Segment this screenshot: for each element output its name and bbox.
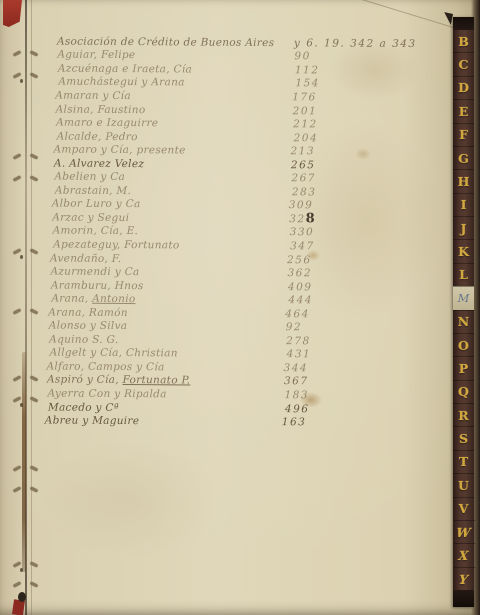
tab-letter-B[interactable]: B bbox=[453, 30, 474, 52]
entry-name: Arana, Antonio bbox=[51, 293, 288, 307]
tab-letter-P[interactable]: P bbox=[453, 356, 474, 379]
tab-letter-I[interactable]: I bbox=[453, 193, 474, 216]
tab-letter-K[interactable]: K bbox=[453, 239, 474, 262]
binding-stitch bbox=[13, 486, 21, 492]
tab-letter-N[interactable]: N bbox=[453, 310, 474, 333]
binding-stitch bbox=[13, 465, 21, 471]
tab-letter-U[interactable]: U bbox=[453, 473, 474, 496]
tab-letter-F[interactable]: F bbox=[453, 123, 474, 146]
entry-page-number: 309 bbox=[289, 200, 314, 212]
entry-name: Apezateguy, Fortunato bbox=[53, 239, 290, 253]
entry-page-number: 213 bbox=[290, 145, 315, 157]
entry-name: Aguiar, Felipe bbox=[57, 49, 294, 63]
entry-page-number: 344 bbox=[283, 362, 308, 374]
binding-gutter bbox=[0, 0, 42, 615]
binding-stitch bbox=[13, 175, 21, 181]
entry-page-number: 163 bbox=[282, 416, 307, 428]
entry-page-number: 496 bbox=[285, 403, 310, 415]
entry-page-number: 464 bbox=[285, 308, 310, 320]
tab-letter-E[interactable]: E bbox=[453, 99, 474, 122]
tab-letter-X[interactable]: X bbox=[452, 543, 475, 566]
entry-name: Aquino S. G. bbox=[49, 333, 286, 347]
tab-letter-S[interactable]: S bbox=[453, 426, 474, 449]
binding-ink-blot bbox=[18, 592, 26, 602]
entry-page-number: 201 bbox=[293, 105, 318, 117]
torn-corner bbox=[442, 12, 453, 25]
entry-name: Arana, Ramón bbox=[48, 306, 285, 320]
binding-stitch bbox=[13, 153, 21, 159]
tab-letter-M[interactable]: M bbox=[453, 286, 474, 309]
tab-letter-D[interactable]: D bbox=[453, 76, 474, 99]
entry-name: Alsina, Faustino bbox=[56, 103, 293, 117]
stitch-hole bbox=[20, 568, 23, 572]
tab-strip-bottom-cap bbox=[453, 590, 474, 607]
entry-page-number: 328 bbox=[289, 212, 316, 227]
gutter-glue-stain bbox=[22, 352, 26, 572]
entry-page-number: 431 bbox=[287, 349, 312, 361]
paper-stain bbox=[40, 440, 220, 560]
entry-page-number: 90 bbox=[294, 51, 310, 63]
entry-name: Amorin, Cía, E. bbox=[53, 225, 290, 239]
entry-name-underlined: Fortunato P. bbox=[122, 374, 190, 386]
stitch-hole bbox=[20, 255, 23, 259]
entry-name: Arzac y Segui bbox=[52, 211, 289, 225]
entry-page-number: 267 bbox=[291, 172, 316, 184]
entry-page-number: 212 bbox=[293, 118, 318, 130]
entry-name: Albor Luro y Ca bbox=[52, 198, 289, 212]
entry-page-number: 256 bbox=[287, 254, 312, 266]
entry-name-underlined: Antonio bbox=[92, 293, 136, 305]
tab-letter-Y[interactable]: Y bbox=[452, 567, 475, 590]
entry-page-number: 183 bbox=[284, 389, 309, 401]
gutter-crease bbox=[31, 0, 32, 615]
entry-name: Amparo y Cía, presente bbox=[53, 144, 290, 158]
entry-page-number: 367 bbox=[284, 376, 309, 388]
entry-name: Macedo y Cª bbox=[48, 401, 285, 415]
tab-strip-top-cap bbox=[453, 17, 474, 30]
overwritten-digit: 8 bbox=[306, 212, 317, 227]
tab-letter-Q[interactable]: Q bbox=[453, 380, 474, 403]
entry-name: Ayerra Con y Ripalda bbox=[47, 387, 284, 401]
entry-name: Amuchástegui y Arana bbox=[58, 76, 295, 90]
entry-page-number: 176 bbox=[292, 91, 317, 103]
tab-letter-R[interactable]: R bbox=[453, 403, 474, 426]
entry-page-number: y 6. 19. 342 a 343 bbox=[294, 37, 417, 50]
binding-stitch bbox=[13, 72, 21, 78]
index-entry-list: Asociación de Crédito de Buenos Airesy 6… bbox=[54, 35, 407, 430]
tab-letter-C[interactable]: C bbox=[453, 52, 474, 75]
binding-stitch bbox=[13, 561, 21, 567]
entry-page-number: 204 bbox=[294, 132, 319, 144]
entry-name: Azcuénaga e Iraeta, Cía bbox=[58, 62, 295, 76]
index-entry: Abreu y Maguire163 bbox=[45, 414, 405, 430]
binding-stitch bbox=[13, 308, 21, 314]
entry-name: Allgelt y Cía, Christian bbox=[50, 347, 287, 361]
binding-stitch bbox=[13, 50, 21, 56]
red-binding-mark-top bbox=[3, 0, 22, 27]
tab-letter-H[interactable]: H bbox=[453, 169, 474, 192]
entry-name: Amaran y Cía bbox=[55, 89, 292, 103]
entry-page-number: 112 bbox=[295, 64, 320, 76]
entry-name: Asociación de Crédito de Buenos Aires bbox=[57, 35, 294, 49]
entry-name: Amaro e Izaguirre bbox=[56, 117, 293, 131]
tab-letter-L[interactable]: L bbox=[453, 263, 474, 286]
tab-letter-G[interactable]: G bbox=[453, 146, 474, 169]
entry-name: Alcalde, Pedro bbox=[57, 130, 294, 144]
tab-letter-O[interactable]: O bbox=[453, 333, 474, 356]
entry-name: Azurmendi y Ca bbox=[50, 266, 287, 280]
stitch-hole bbox=[20, 79, 23, 83]
entry-page-number: 265 bbox=[291, 159, 316, 171]
tab-letter-W[interactable]: W bbox=[452, 520, 475, 543]
entry-page-number: 154 bbox=[295, 78, 320, 90]
entry-page-number: 330 bbox=[290, 227, 315, 239]
binding-stitch bbox=[13, 581, 21, 587]
entry-name: Abreu y Maguire bbox=[45, 415, 282, 429]
tab-letter-T[interactable]: T bbox=[453, 450, 474, 473]
entry-name: Aspiró y Cía, Fortunato P. bbox=[47, 374, 284, 388]
entry-page-number: 347 bbox=[290, 240, 315, 252]
entry-name: A. Alvarez Velez bbox=[54, 157, 291, 171]
entry-page-number: 362 bbox=[287, 267, 312, 279]
entry-page-number: 409 bbox=[288, 281, 313, 293]
entry-name: Avendaño, F. bbox=[50, 252, 287, 266]
entry-name: Abelien y Ca bbox=[54, 171, 291, 185]
entry-page-number: 92 bbox=[286, 321, 302, 333]
binding-stitch bbox=[13, 248, 21, 254]
entry-name: Alonso y Silva bbox=[49, 320, 286, 334]
entry-page-number: 444 bbox=[288, 294, 313, 306]
binding-stitch bbox=[13, 396, 21, 402]
binding-stitch bbox=[13, 375, 21, 381]
ledger-index-page: Asociación de Crédito de Buenos Airesy 6… bbox=[0, 0, 480, 615]
stitch-hole bbox=[20, 403, 23, 407]
alphabet-tab-strip: BCDEFGHIJKLMNOPQRSTUVWXY bbox=[453, 17, 474, 607]
entry-name: Aramburu, Hnos bbox=[51, 279, 288, 293]
entry-page-number: 283 bbox=[292, 186, 317, 198]
tab-letter-V[interactable]: V bbox=[453, 497, 474, 520]
entry-name: Abrastain, M. bbox=[55, 184, 292, 198]
entry-name: Alfaro, Campos y Cía bbox=[46, 360, 283, 374]
entry-page-number: 278 bbox=[286, 335, 311, 347]
tab-letter-J[interactable]: J bbox=[453, 216, 474, 239]
